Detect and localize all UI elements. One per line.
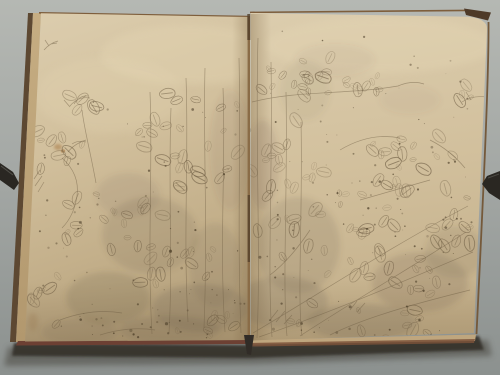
foxing-speck (45, 214, 47, 216)
foxing-speck (113, 332, 115, 334)
foxing-speck (404, 225, 406, 227)
foxing-speck (277, 214, 279, 216)
foxing-speck (450, 60, 452, 62)
foxing-speck (418, 119, 419, 120)
foxing-speck (234, 133, 236, 135)
foxing-speck (454, 161, 456, 163)
foxing-speck (450, 235, 451, 236)
foxing-speck (313, 331, 315, 333)
foxing-speck (167, 332, 169, 334)
foxing-speck (409, 64, 411, 66)
foxing-speck (165, 165, 167, 167)
foxing-speck (63, 248, 64, 249)
foxing-speck (374, 334, 376, 336)
foxing-speck (164, 161, 166, 163)
foxing-speck (164, 289, 165, 290)
foxing-speck (216, 294, 217, 295)
foxing-speck (362, 215, 363, 216)
foxing-speck (376, 207, 377, 208)
foxing-speck (98, 198, 99, 199)
foxing-speck (143, 136, 144, 137)
foxing-speck (399, 143, 401, 145)
foxing-speck (129, 329, 132, 332)
foxing-speck (194, 229, 196, 231)
foxing-speck (280, 302, 282, 304)
foxing-speck (298, 109, 299, 110)
foxing-speck (77, 163, 79, 165)
foxing-speck (420, 267, 421, 268)
foxing-speck (282, 289, 283, 290)
foxing-speck (180, 291, 181, 292)
foxing-speck (451, 197, 453, 199)
foxing-speck (353, 107, 354, 108)
foxing-speck (373, 274, 374, 275)
foxing-speck (61, 326, 62, 327)
foxing-speck (74, 211, 76, 213)
foxing-speck (292, 229, 294, 231)
foxing-speck (107, 108, 109, 110)
foxing-speck (228, 169, 229, 170)
foxing-speck (150, 326, 152, 328)
foxing-speck (389, 329, 391, 331)
foxing-speck (268, 145, 269, 146)
foxing-speck (193, 282, 195, 284)
foxing-speck (370, 194, 372, 196)
foxing-speck (406, 305, 408, 307)
foxing-speck (277, 202, 278, 203)
foxing-speck (372, 252, 373, 253)
foxing-speck (446, 73, 447, 74)
foxing-speck (351, 182, 352, 183)
foxing-speck (459, 80, 461, 82)
foxing-speck (110, 288, 111, 289)
foxing-speck (328, 320, 329, 321)
foxing-speck (395, 235, 397, 237)
foxing-speck (234, 300, 235, 301)
foxing-speck (191, 108, 194, 111)
foxing-speck (320, 121, 322, 123)
foxing-speck (211, 303, 212, 304)
foxing-speck (448, 283, 450, 285)
foxing-speck (92, 334, 93, 335)
foxing-speck (269, 319, 271, 321)
foxing-speck (312, 182, 313, 183)
foxing-speck (422, 290, 424, 292)
foxing-speck (401, 213, 403, 215)
foxing-speck (295, 296, 297, 298)
foxing-speck (180, 331, 182, 333)
foxing-speck (467, 108, 469, 110)
foxing-speck (319, 327, 320, 328)
foxing-speck (379, 180, 382, 183)
foxing-speck (360, 93, 361, 94)
foxing-speck (327, 194, 328, 195)
photo-of-open-sketchbook: Photograph of an open antique sketchbook… (0, 0, 500, 375)
foxing-speck (337, 135, 338, 136)
foxing-speck (359, 180, 360, 181)
foxing-speck (399, 88, 400, 89)
foxing-speck (55, 242, 57, 244)
foxing-speck (400, 209, 401, 210)
foxing-speck (270, 93, 271, 94)
foxing-speck (183, 126, 184, 127)
foxing-speck (122, 335, 123, 336)
foxing-speck (466, 98, 467, 99)
foxing-speck (456, 218, 458, 220)
foxing-speck (169, 250, 172, 253)
foxing-speck (132, 279, 134, 281)
foxing-speck (243, 303, 245, 305)
foxing-speck (194, 221, 195, 222)
foxing-speck (274, 266, 275, 267)
foxing-speck (282, 31, 284, 33)
foxing-speck (431, 146, 434, 149)
foxing-speck (90, 217, 91, 218)
foxing-speck (421, 248, 423, 250)
foxing-speck (453, 117, 454, 118)
foxing-speck (92, 326, 93, 327)
foxing-speck (142, 136, 143, 137)
foxing-speck (292, 226, 293, 227)
foxing-speck (44, 154, 46, 156)
foxing-speck (448, 162, 450, 164)
foxing-speck (95, 318, 97, 320)
foxing-speck (301, 329, 302, 330)
foxing-speck (132, 333, 134, 335)
foxing-speck (326, 165, 327, 166)
foxing-speck (417, 67, 419, 69)
foxing-speck (395, 232, 396, 233)
foxing-speck (275, 121, 277, 123)
foxing-speck (443, 252, 444, 253)
foxing-speck (303, 74, 305, 76)
foxing-speck (141, 323, 143, 325)
foxing-speck (367, 207, 369, 209)
foxing-speck (414, 56, 415, 57)
foxing-speck (335, 331, 338, 334)
foxing-speck (66, 255, 68, 257)
foxing-speck (453, 253, 454, 254)
foxing-speck (415, 281, 417, 283)
paper-highlight (35, 57, 185, 133)
foxing-speck (397, 198, 399, 200)
foxing-speck (426, 235, 429, 238)
foxing-speck (113, 321, 115, 323)
foxing-speck (79, 318, 82, 321)
foxing-speck (311, 259, 312, 260)
foxing-speck (39, 230, 41, 232)
foxing-speck (163, 126, 164, 127)
foxing-speck (170, 228, 171, 229)
foxing-speck (83, 313, 84, 314)
foxing-speck (316, 213, 317, 214)
foxing-speck (237, 250, 238, 251)
foxing-speck (92, 304, 93, 305)
foxing-speck (293, 277, 294, 278)
foxing-speck (282, 273, 284, 275)
foxing-speck (274, 276, 276, 278)
foxing-speck (152, 307, 153, 308)
foxing-speck (233, 313, 234, 314)
foxing-speck (313, 282, 315, 284)
foxing-speck (300, 322, 303, 325)
foxing-speck (321, 104, 323, 106)
foxing-speck (374, 164, 376, 166)
foxing-speck (86, 272, 87, 273)
foxing-speck (101, 317, 103, 319)
foxing-speck (153, 192, 154, 193)
foxing-speck (313, 206, 315, 208)
foxing-speck (402, 230, 403, 231)
foxing-speck (207, 334, 209, 336)
foxing-speck (429, 278, 430, 279)
foxing-speck (79, 207, 81, 209)
foxing-speck (445, 216, 447, 218)
foxing-speck (127, 123, 128, 124)
foxing-speck (326, 141, 328, 143)
foxing-speck (335, 202, 336, 203)
foxing-speck (156, 321, 158, 323)
foxing-speck (193, 251, 194, 252)
foxing-speck (145, 195, 147, 197)
foxing-speck (343, 223, 344, 224)
foxing-speck (177, 256, 178, 257)
foxing-speck (439, 330, 440, 331)
foxing-speck (157, 309, 158, 310)
foxing-speck (193, 323, 194, 324)
foxing-speck (158, 315, 160, 317)
foxing-speck (148, 170, 150, 172)
foxing-speck (363, 36, 365, 38)
foxing-speck (234, 302, 235, 303)
foxing-speck (206, 337, 207, 338)
foxing-speck (336, 192, 338, 194)
foxing-speck (374, 224, 376, 226)
foxing-speck (93, 101, 94, 102)
foxing-speck (207, 279, 208, 280)
foxing-speck (431, 270, 432, 271)
foxing-speck (258, 256, 261, 259)
foxing-speck (308, 270, 309, 271)
foxing-speck (392, 174, 394, 176)
foxing-speck (470, 221, 472, 223)
foxing-speck (239, 303, 241, 305)
foxing-speck (453, 159, 455, 161)
foxing-speck (349, 305, 352, 308)
foxing-speck (414, 245, 416, 247)
foxing-speck (302, 161, 303, 162)
foxing-speck (44, 157, 46, 159)
foxing-speck (79, 221, 82, 224)
foxing-speck (465, 177, 466, 178)
foxing-speck (202, 112, 203, 113)
foxing-speck (180, 267, 183, 270)
foxing-speck (348, 328, 351, 331)
foxing-speck (272, 328, 275, 331)
foxing-speck (460, 218, 462, 220)
foxing-speck (169, 322, 170, 323)
foxing-speck (42, 285, 44, 287)
foxing-speck (45, 287, 46, 288)
foxing-speck (137, 303, 139, 305)
foxing-speck (77, 228, 79, 230)
foxing-speck (326, 134, 327, 135)
foxing-speck (212, 289, 213, 290)
foxing-speck (366, 228, 368, 230)
foxing-speck (424, 123, 425, 124)
foxing-speck (445, 226, 448, 229)
foxing-speck (322, 40, 324, 42)
foxing-speck (228, 289, 229, 290)
foxing-speck (165, 322, 168, 325)
foxing-speck (289, 161, 290, 162)
foxing-speck (353, 153, 355, 155)
foxing-speck (189, 293, 190, 294)
photo-canvas (0, 0, 500, 375)
foxing-speck (405, 254, 406, 255)
foxing-speck (74, 280, 76, 282)
foxing-speck (115, 201, 116, 202)
foxing-speck (277, 190, 278, 191)
foxing-speck (206, 187, 208, 189)
foxing-speck (442, 219, 444, 221)
foxing-speck (277, 218, 279, 220)
foxing-speck (96, 203, 98, 205)
foxing-speck (80, 316, 81, 317)
foxing-speck (292, 247, 294, 249)
foxing-speck (211, 271, 213, 273)
foxing-speck (236, 110, 238, 112)
foxing-speck (385, 93, 386, 94)
foxing-speck (177, 242, 179, 244)
foxing-speck (137, 336, 139, 338)
foxing-speck (47, 247, 49, 249)
foxing-speck (205, 117, 206, 118)
foxing-speck (187, 309, 189, 311)
foxing-speck (276, 239, 277, 240)
foxing-speck (190, 289, 191, 290)
foxing-speck (178, 211, 180, 213)
foxing-speck (418, 319, 421, 322)
foxing-speck (179, 320, 181, 322)
foxing-speck (338, 301, 339, 302)
foxing-speck (102, 324, 104, 326)
foxing-speck (371, 181, 373, 183)
foxing-speck (46, 199, 48, 201)
foxing-speck (432, 151, 434, 153)
foxing-speck (223, 173, 225, 175)
foxing-speck (267, 256, 269, 258)
foxing-speck (417, 188, 419, 190)
